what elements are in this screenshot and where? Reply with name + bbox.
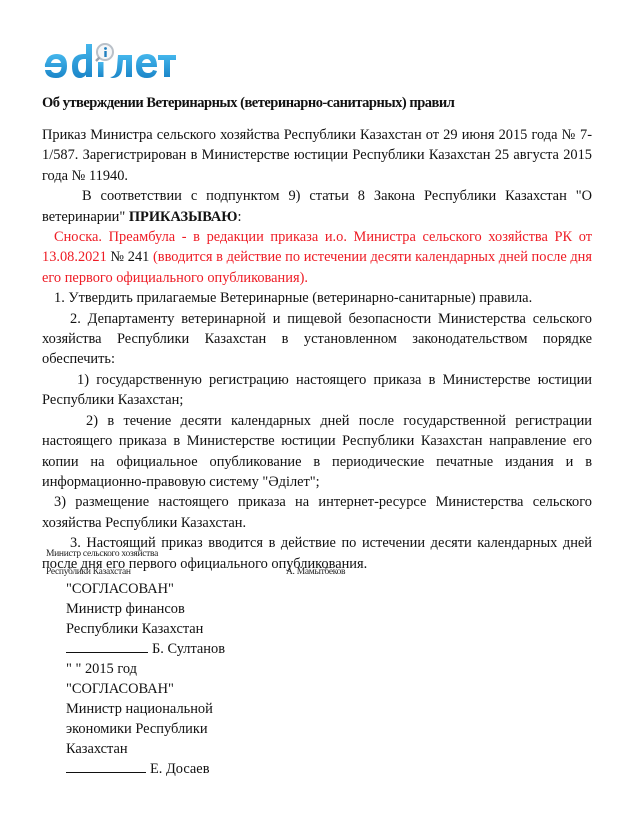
approval-1-signer: Б. Султанов <box>152 641 225 657</box>
signature-underline <box>66 639 148 653</box>
footnote-order-link[interactable]: № 241 <box>110 249 149 265</box>
item-2-sub-3: 3) размещение настоящего приказа на инте… <box>42 492 592 533</box>
document-title: Об утверждении Ветеринарных (ветеринарно… <box>42 95 602 112</box>
preamble-tail: : <box>238 209 242 225</box>
preamble-text: В соответствии с подпунктом 9) статьи 8 … <box>42 188 592 224</box>
document-intro: Приказ Министра сельского хозяйства Респ… <box>42 125 592 186</box>
signature-block: Министр сельского хозяйства Республики К… <box>46 545 376 581</box>
adilet-logo[interactable] <box>42 40 177 84</box>
approval-2-signature: Е. Досаев <box>66 759 326 779</box>
approval-2-line-2: экономики Республики <box>66 719 326 739</box>
preamble-order-word: ПРИКАЗЫВАЮ <box>129 209 238 225</box>
approval-1-line-2: Республики Казахстан <box>66 619 326 639</box>
item-2-sub-2: 2) в течение десяти календарных дней пос… <box>42 411 592 493</box>
approvals-block: "СОГЛАСОВАН" Министр финансов Республики… <box>66 579 326 779</box>
item-1: 1. Утвердить прилагаемые Ветеринарные (в… <box>42 288 592 308</box>
approval-2-line-3: Казахстан <box>66 739 326 759</box>
approval-1-signature: Б. Султанов <box>66 639 326 659</box>
signature-underline <box>66 759 146 773</box>
footnote: Сноска. Преамбула - в редакции приказа и… <box>42 227 592 288</box>
approval-2-header: "СОГЛАСОВАН" <box>66 679 326 699</box>
document-body: Приказ Министра сельского хозяйства Респ… <box>42 125 592 574</box>
item-2: 2. Департаменту ветеринарной и пищевой б… <box>42 309 592 370</box>
item-2-sub-1: 1) государственную регистрацию настоящег… <box>42 370 592 411</box>
approval-2-signer: Е. Досаев <box>150 761 210 777</box>
approval-1-header: "СОГЛАСОВАН" <box>66 579 326 599</box>
preamble: В соответствии с подпунктом 9) статьи 8 … <box>42 186 592 227</box>
signature-position-line1: Министр сельского хозяйства <box>46 545 376 563</box>
approval-2-line-1: Министр национальной <box>66 699 326 719</box>
approval-1-line-1: Министр финансов <box>66 599 326 619</box>
approval-1-date: " " 2015 год <box>66 659 326 679</box>
